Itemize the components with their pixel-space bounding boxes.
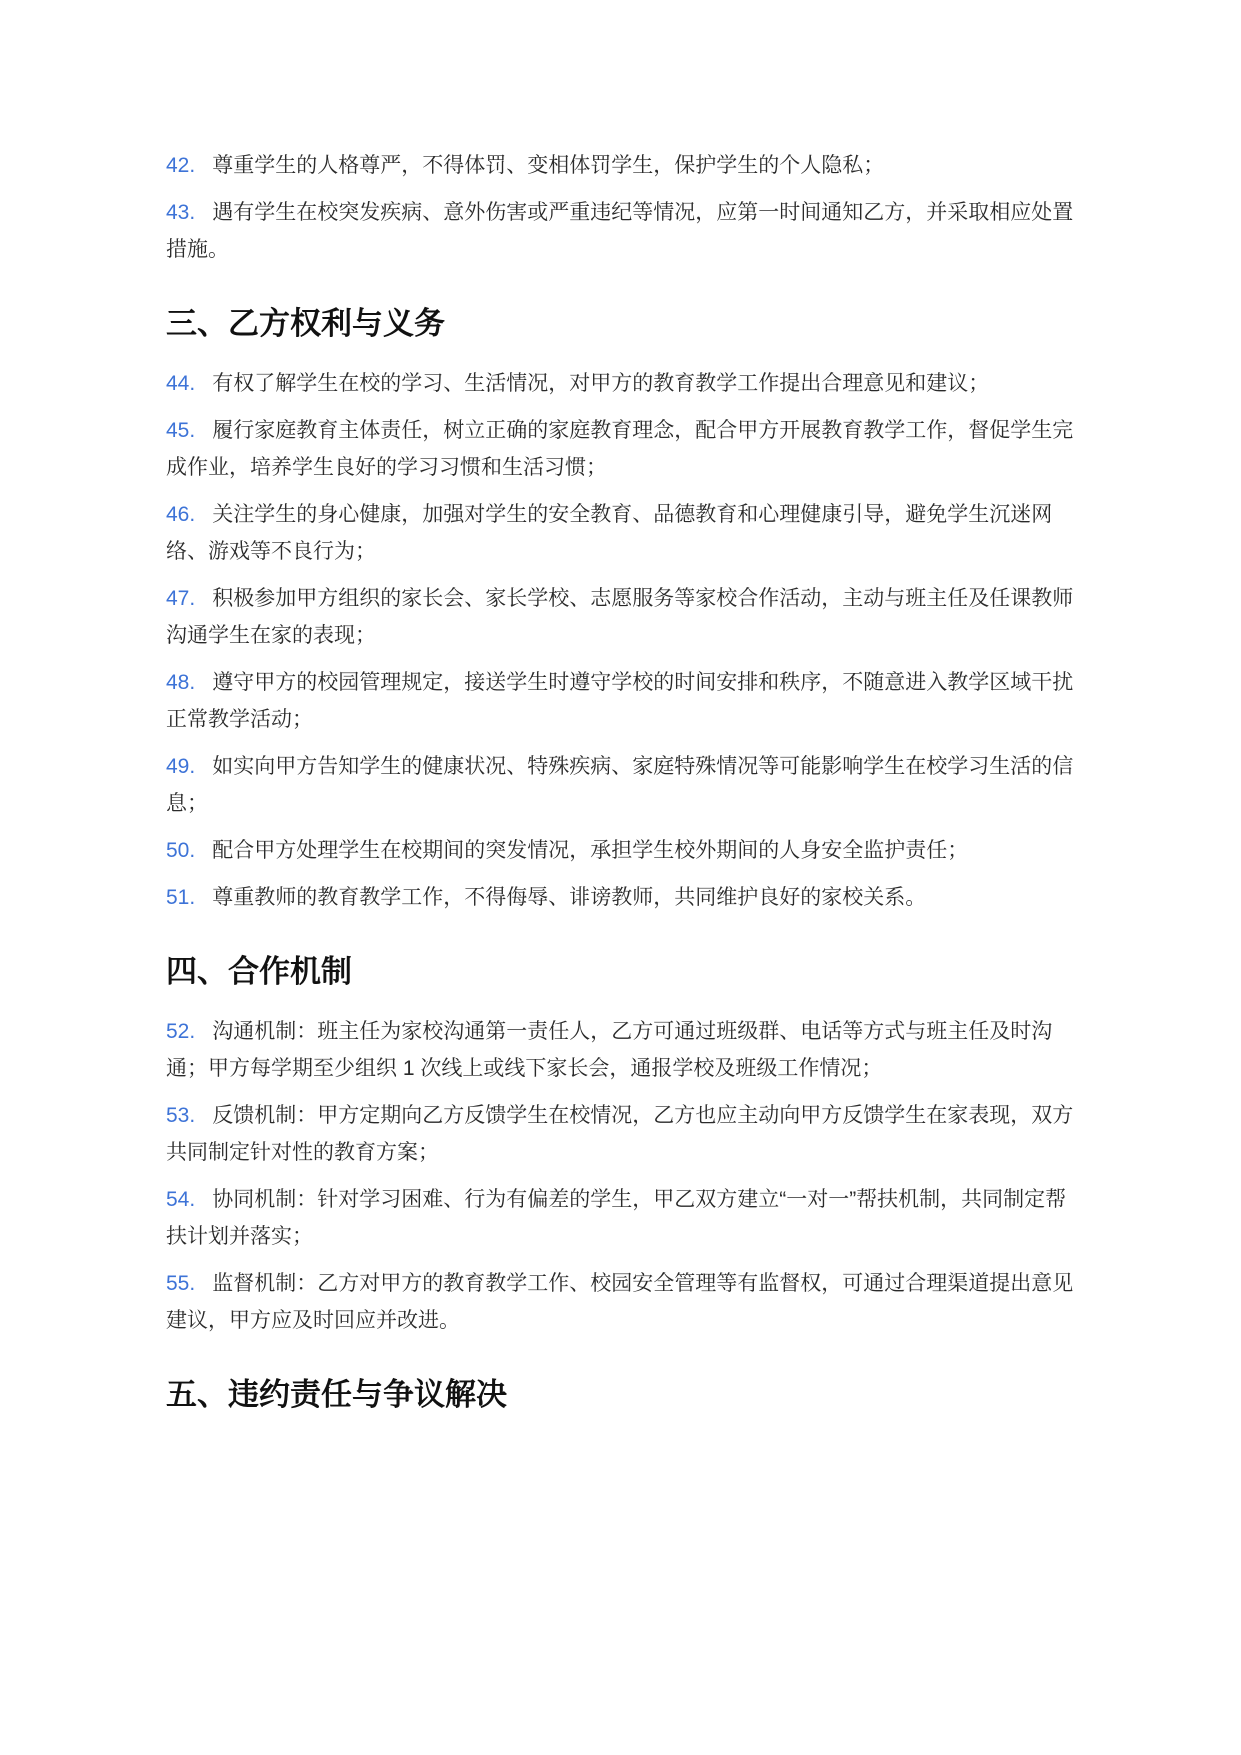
- list-item-54: 54.协同机制：针对学习困难、行为有偏差的学生，甲乙双方建立“一对一”帮扶机制，…: [166, 1181, 1075, 1255]
- item-number: 52.: [166, 1020, 195, 1043]
- list-item-45: 45.履行家庭教育主体责任，树立正确的家庭教育理念，配合甲方开展教育教学工作，督…: [166, 412, 1075, 486]
- list-item-52: 52.沟通机制：班主任为家校沟通第一责任人，乙方可通过班级群、电话等方式与班主任…: [166, 1013, 1075, 1087]
- list-item-55: 55.监督机制：乙方对甲方的教育教学工作、校园安全管理等有监督权，可通过合理渠道…: [166, 1265, 1075, 1339]
- document-page: 42.尊重学生的人格尊严，不得体罚、变相体罚学生，保护学生的个人隐私； 43.遇…: [0, 0, 1241, 1755]
- item-text: 如实向甲方告知学生的健康状况、特殊疾病、家庭特殊情况等可能影响学生在校学习生活的…: [166, 755, 1073, 815]
- item-number: 49.: [166, 755, 195, 778]
- item-number: 54.: [166, 1188, 195, 1211]
- list-item-50: 50.配合甲方处理学生在校期间的突发情况，承担学生校外期间的人身安全监护责任；: [166, 832, 1075, 869]
- item-number: 46.: [166, 503, 195, 526]
- item-text: 遵守甲方的校园管理规定，接送学生时遵守学校的时间安排和秩序，不随意进入教学区域干…: [166, 671, 1073, 731]
- list-item-43: 43.遇有学生在校突发疾病、意外伤害或严重违纪等情况，应第一时间通知乙方，并采取…: [166, 194, 1075, 268]
- section-heading-party-b-rights: 三、乙方权利与义务: [166, 302, 1075, 345]
- item-number: 53.: [166, 1104, 195, 1127]
- item-text: 关注学生的身心健康，加强对学生的安全教育、品德教育和心理健康引导，避免学生沉迷网…: [166, 503, 1052, 563]
- item-text: 反馈机制：甲方定期向乙方反馈学生在校情况，乙方也应主动向甲方反馈学生在家表现，双…: [166, 1104, 1073, 1164]
- item-number: 50.: [166, 839, 195, 862]
- item-text: 积极参加甲方组织的家长会、家长学校、志愿服务等家校合作活动，主动与班主任及任课教…: [166, 587, 1073, 647]
- item-number: 44.: [166, 372, 195, 395]
- item-text: 履行家庭教育主体责任，树立正确的家庭教育理念，配合甲方开展教育教学工作，督促学生…: [166, 419, 1073, 479]
- list-item-42: 42.尊重学生的人格尊严，不得体罚、变相体罚学生，保护学生的个人隐私；: [166, 147, 1075, 184]
- item-text: 尊重教师的教育教学工作，不得侮辱、诽谤教师，共同维护良好的家校关系。: [212, 886, 926, 909]
- item-text: 监督机制：乙方对甲方的教育教学工作、校园安全管理等有监督权，可通过合理渠道提出意…: [166, 1272, 1073, 1332]
- item-number: 42.: [166, 154, 195, 177]
- item-number: 47.: [166, 587, 195, 610]
- item-text: 尊重学生的人格尊严，不得体罚、变相体罚学生，保护学生的个人隐私；: [212, 154, 884, 177]
- list-item-47: 47.积极参加甲方组织的家长会、家长学校、志愿服务等家校合作活动，主动与班主任及…: [166, 580, 1075, 654]
- list-item-46: 46.关注学生的身心健康，加强对学生的安全教育、品德教育和心理健康引导，避免学生…: [166, 496, 1075, 570]
- section-heading-breach-and-disputes: 五、违约责任与争议解决: [166, 1373, 1075, 1416]
- item-number: 51.: [166, 886, 195, 909]
- item-text: 沟通机制：班主任为家校沟通第一责任人，乙方可通过班级群、电话等方式与班主任及时沟…: [166, 1020, 1052, 1080]
- list-item-49: 49.如实向甲方告知学生的健康状况、特殊疾病、家庭特殊情况等可能影响学生在校学习…: [166, 748, 1075, 822]
- list-item-48: 48.遵守甲方的校园管理规定，接送学生时遵守学校的时间安排和秩序，不随意进入教学…: [166, 664, 1075, 738]
- item-number: 43.: [166, 201, 195, 224]
- item-text: 遇有学生在校突发疾病、意外伤害或严重违纪等情况，应第一时间通知乙方，并采取相应处…: [166, 201, 1073, 261]
- item-text: 配合甲方处理学生在校期间的突发情况，承担学生校外期间的人身安全监护责任；: [212, 839, 968, 862]
- item-number: 48.: [166, 671, 195, 694]
- list-item-53: 53.反馈机制：甲方定期向乙方反馈学生在校情况，乙方也应主动向甲方反馈学生在家表…: [166, 1097, 1075, 1171]
- item-number: 55.: [166, 1272, 195, 1295]
- section-heading-cooperation-mechanism: 四、合作机制: [166, 950, 1075, 993]
- list-item-44: 44.有权了解学生在校的学习、生活情况，对甲方的教育教学工作提出合理意见和建议；: [166, 365, 1075, 402]
- list-item-51: 51.尊重教师的教育教学工作，不得侮辱、诽谤教师，共同维护良好的家校关系。: [166, 879, 1075, 916]
- item-text: 有权了解学生在校的学习、生活情况，对甲方的教育教学工作提出合理意见和建议；: [212, 372, 989, 395]
- item-text: 协同机制：针对学习困难、行为有偏差的学生，甲乙双方建立“一对一”帮扶机制，共同制…: [166, 1188, 1066, 1248]
- item-number: 45.: [166, 419, 195, 442]
